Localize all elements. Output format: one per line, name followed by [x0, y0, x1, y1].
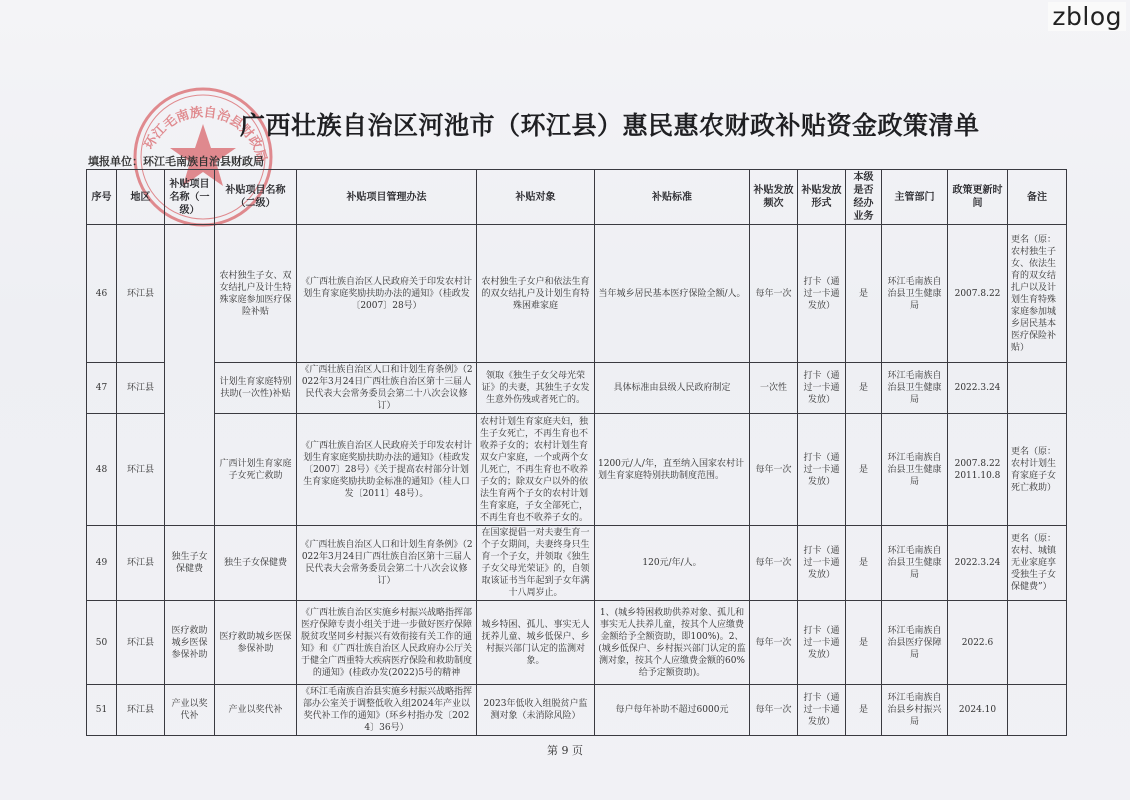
header-target: 补贴对象 [477, 170, 595, 225]
header-dept: 主管部门 [882, 170, 948, 225]
cell-level2: 农村独生子女、双女结扎户及计生特殊家庭参加医疗保险补贴 [215, 225, 297, 363]
header-region: 地区 [117, 170, 165, 225]
header-method: 补贴项目管理办法 [297, 170, 477, 225]
header-level2: 补贴项目名称（二级） [215, 170, 297, 225]
cell-level2: 计划生育家庭特别扶助(一次性)补贴 [215, 363, 297, 414]
cell-region: 环江县 [117, 601, 165, 685]
filler-unit: 填报单位：环江毛南族自治县财政局 [88, 153, 264, 169]
cell-frequency: 每年一次 [750, 685, 798, 736]
cell-frequency: 每年一次 [750, 414, 798, 526]
header-seq: 序号 [87, 170, 117, 225]
cell-region: 环江县 [117, 225, 165, 363]
cell-level2: 独生子女保健费 [215, 526, 297, 601]
cell-updated: 2022.3.24 [948, 363, 1008, 414]
cell-remark: 更名（原：农村独生子女、依法生育的双女结扎户以及计划生育特殊家庭参加城乡居民基本… [1008, 225, 1067, 363]
cell-dept: 环江毛南族自治县卫生健康局 [882, 414, 948, 526]
cell-form: 打卡（通过一卡通发放） [798, 685, 846, 736]
cell-dept: 环江毛南族自治县乡村振兴局 [882, 685, 948, 736]
cell-target: 2023年低收入组脱贫户监测对象（未消除风险） [477, 685, 595, 736]
cell-handled: 是 [846, 601, 882, 685]
cell-target: 在国家提倡一对夫妻生育一个子女期间，夫妻终身只生育一个子女，并领取《独生子女父母… [477, 526, 595, 601]
header-remark: 备注 [1008, 170, 1067, 225]
cell-region: 环江县 [117, 685, 165, 736]
cell-handled: 是 [846, 225, 882, 363]
cell-frequency: 每年一次 [750, 601, 798, 685]
cell-region: 环江县 [117, 363, 165, 414]
table-row: 47 环江县 计划生育家庭特别扶助(一次性)补贴 《广西壮族自治区人口和计划生育… [87, 363, 1067, 414]
cell-method: 《广西壮族自治区人民政府关于印发农村计划生育家庭奖励扶助办法的通知》（桂政发〔2… [297, 414, 477, 526]
document-title: 广西壮族自治区河池市（环江县）惠民惠农财政补贴资金政策清单 [240, 106, 980, 142]
cell-standard: 120元/年/人。 [595, 526, 750, 601]
cell-level1: 独生子女保健费 [165, 526, 215, 601]
cell-handled: 是 [846, 685, 882, 736]
table-header-row: 序号 地区 补贴项目名称（一级） 补贴项目名称（二级） 补贴项目管理办法 补贴对… [87, 170, 1067, 225]
cell-method: 《广西壮族自治区人口和计划生育条例》（2022年3月24日广西壮族自治区第十三届… [297, 363, 477, 414]
cell-form: 打卡（通过一卡通发放） [798, 225, 846, 363]
cell-standard: 具体标准由县级人民政府制定 [595, 363, 750, 414]
cell-seq: 46 [87, 225, 117, 363]
cell-method: 《环江毛南族自治县实施乡村振兴战略指挥部办公室关于调整低收入组2024年产业以奖… [297, 685, 477, 736]
cell-target: 农村独生子女户和依法生育的双女结扎户及计划生育特殊困难家庭 [477, 225, 595, 363]
header-handled: 本级是否经办业务 [846, 170, 882, 225]
cell-level2: 产业以奖代补 [215, 685, 297, 736]
cell-frequency: 每年一次 [750, 526, 798, 601]
cell-dept: 环江毛南族自治县卫生健康局 [882, 526, 948, 601]
cell-level1: 产业以奖代补 [165, 685, 215, 736]
cell-target: 领取《独生子女父母光荣证》的夫妻，其独生子女发生意外伤残或者死亡的。 [477, 363, 595, 414]
cell-updated: 2007.8.22 2011.10.8 [948, 414, 1008, 526]
cell-form: 打卡（通过一卡通发放） [798, 363, 846, 414]
table-row: 51 环江县 产业以奖代补 产业以奖代补 《环江毛南族自治县实施乡村振兴战略指挥… [87, 685, 1067, 736]
cell-updated: 2022.6 [948, 601, 1008, 685]
cell-frequency: 每年一次 [750, 225, 798, 363]
cell-remark: 更名（原：农村计划生育家庭子女死亡救助） [1008, 414, 1067, 526]
cell-remark [1008, 363, 1067, 414]
cell-target: 农村计划生育家庭夫妇，独生子女死亡，不再生育也不收养子女的；农村计划生育双女户家… [477, 414, 595, 526]
cell-level2: 医疗救助城乡医保参保补助 [215, 601, 297, 685]
cell-method: 《广西壮族自治区人民政府关于印发农村计划生育家庭奖励扶助办法的通知》（桂政发〔2… [297, 225, 477, 363]
cell-dept: 环江毛南族自治县卫生健康局 [882, 225, 948, 363]
cell-form: 打卡（通过一卡通发放） [798, 526, 846, 601]
site-watermark: zblog [1048, 2, 1126, 31]
cell-region: 环江县 [117, 414, 165, 526]
table-row: 50 环江县 医疗救助城乡医保参保补助 医疗救助城乡医保参保补助 《广西壮族自治… [87, 601, 1067, 685]
cell-standard: 每户每年补助不超过6000元 [595, 685, 750, 736]
cell-dept: 环江毛南族自治县卫生健康局 [882, 363, 948, 414]
table-row: 48 环江县 广西计划生育家庭子女死亡救助 《广西壮族自治区人民政府关于印发农村… [87, 414, 1067, 526]
policy-table: 序号 地区 补贴项目名称（一级） 补贴项目名称（二级） 补贴项目管理办法 补贴对… [86, 169, 1067, 736]
cell-handled: 是 [846, 363, 882, 414]
cell-level1-merged [165, 225, 215, 526]
header-level1: 补贴项目名称（一级） [165, 170, 215, 225]
cell-updated: 2024.10 [948, 685, 1008, 736]
cell-remark [1008, 601, 1067, 685]
header-frequency: 补贴发放频次 [750, 170, 798, 225]
cell-seq: 49 [87, 526, 117, 601]
page-number: 第 9 页 [0, 742, 1130, 758]
header-form: 补贴发放形式 [798, 170, 846, 225]
cell-region: 环江县 [117, 526, 165, 601]
cell-seq: 47 [87, 363, 117, 414]
cell-dept: 环江毛南族自治县医疗保障局 [882, 601, 948, 685]
cell-form: 打卡（通过一卡通发放） [798, 601, 846, 685]
cell-target: 城乡特困、孤儿、事实无人抚养儿童、城乡低保户、乡村振兴部门认定的监测对象。 [477, 601, 595, 685]
cell-seq: 50 [87, 601, 117, 685]
cell-standard: 1200元/人/年，直至纳入国家农村计划生育家庭特别扶助制度范围。 [595, 414, 750, 526]
cell-updated: 2007.8.22 [948, 225, 1008, 363]
cell-level2: 广西计划生育家庭子女死亡救助 [215, 414, 297, 526]
cell-standard: 当年城乡居民基本医疗保险全额/人。 [595, 225, 750, 363]
cell-level1: 医疗救助城乡医保参保补助 [165, 601, 215, 685]
cell-handled: 是 [846, 414, 882, 526]
table-row: 46 环江县 农村独生子女、双女结扎户及计生特殊家庭参加医疗保险补贴 《广西壮族… [87, 225, 1067, 363]
cell-remark [1008, 685, 1067, 736]
cell-handled: 是 [846, 526, 882, 601]
header-standard: 补贴标准 [595, 170, 750, 225]
cell-method: 《广西壮族自治区实施乡村振兴战略指挥部医疗保障专责小组关于进一步做好医疗保障脱贫… [297, 601, 477, 685]
cell-form: 打卡（通过一卡通发放） [798, 414, 846, 526]
cell-seq: 51 [87, 685, 117, 736]
header-updated: 政策更新时间 [948, 170, 1008, 225]
cell-frequency: 一次性 [750, 363, 798, 414]
cell-seq: 48 [87, 414, 117, 526]
cell-standard: 1、(城乡特困救助供养对象、孤儿和事实无人扶养儿童，按其个人应缴费金额给予全额资… [595, 601, 750, 685]
cell-method: 《广西壮族自治区人口和计划生育条例》（2022年3月24日广西壮族自治区第十三届… [297, 526, 477, 601]
cell-updated: 2022.3.24 [948, 526, 1008, 601]
table-row: 49 环江县 独生子女保健费 独生子女保健费 《广西壮族自治区人口和计划生育条例… [87, 526, 1067, 601]
cell-remark: 更名（原：农村、城镇无业家庭享受独生子女保健费”） [1008, 526, 1067, 601]
